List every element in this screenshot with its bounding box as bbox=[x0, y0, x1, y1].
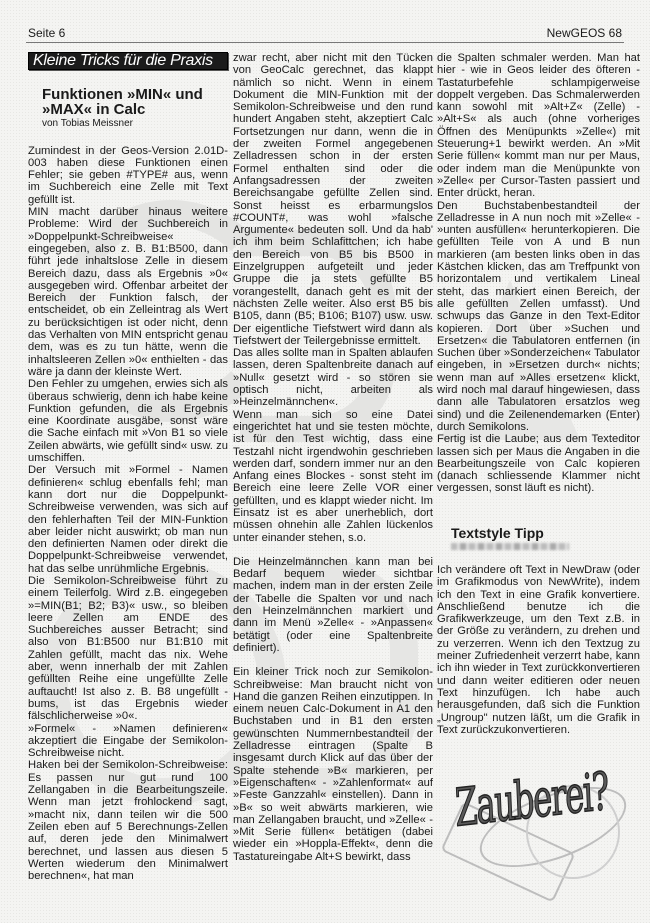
paragraph: Den Fehler zu umgehen, erwies sich als ü… bbox=[28, 378, 228, 464]
paragraph: Den Buchstabenbestandteil der Zelladress… bbox=[437, 200, 640, 434]
tip-paragraph: Ich verändere oft Text in NewDraw (oder … bbox=[437, 564, 640, 736]
paragraph-gap bbox=[233, 544, 433, 556]
column-1: Kleine Tricks für die Praxis Funktionen … bbox=[28, 52, 228, 882]
paragraph: Haken bei der Semikolon-Schreibweise: Es… bbox=[28, 759, 228, 882]
paragraph: MIN macht darüber hinaus weitere Problem… bbox=[28, 206, 228, 378]
paragraph: Ein kleiner Trick noch zur Semikolon-Sch… bbox=[233, 666, 433, 863]
section-banner: Kleine Tricks für die Praxis bbox=[28, 52, 228, 70]
paragraph: Die Heinzelmännchen kann man bei Bedarf … bbox=[233, 556, 433, 654]
tip-heading: Textstyle Tipp bbox=[451, 527, 640, 539]
paragraph: die Spalten schmaler werden. Man hat hie… bbox=[437, 52, 640, 200]
blurred-byline bbox=[451, 543, 569, 550]
paragraph: Zumindest in der Geos-Version 2.01D-003 … bbox=[28, 145, 228, 206]
article-byline: von Tobias Meissner bbox=[42, 118, 228, 130]
paragraph-gap bbox=[233, 654, 433, 666]
paragraph: zwar recht, aber nicht mit den Tücken vo… bbox=[233, 52, 433, 347]
paragraph: Das alles sollte man in Spalten ablaufen… bbox=[233, 347, 433, 408]
zauberei-graphic: Zauberei? bbox=[436, 775, 636, 905]
paragraph: »Formel« - »Namen definieren« akzeptiert… bbox=[28, 723, 228, 760]
paragraph: Der Versuch mit »Formel - Namen definier… bbox=[28, 464, 228, 575]
paragraph: Die Semikolon-Schreibweise führt zu eine… bbox=[28, 575, 228, 723]
paragraph: Wenn man sich so eine Datei eingerichtet… bbox=[233, 409, 433, 544]
column-3: die Spalten schmaler werden. Man hat hie… bbox=[437, 52, 640, 736]
column-2: zwar recht, aber nicht mit den Tücken vo… bbox=[233, 52, 433, 863]
article-title: Funktionen »MIN« und »MAX« in Calc bbox=[42, 87, 228, 117]
header-rule bbox=[26, 42, 624, 43]
paragraph: Fertig ist die Laube; aus dem Texteditor… bbox=[437, 433, 640, 494]
